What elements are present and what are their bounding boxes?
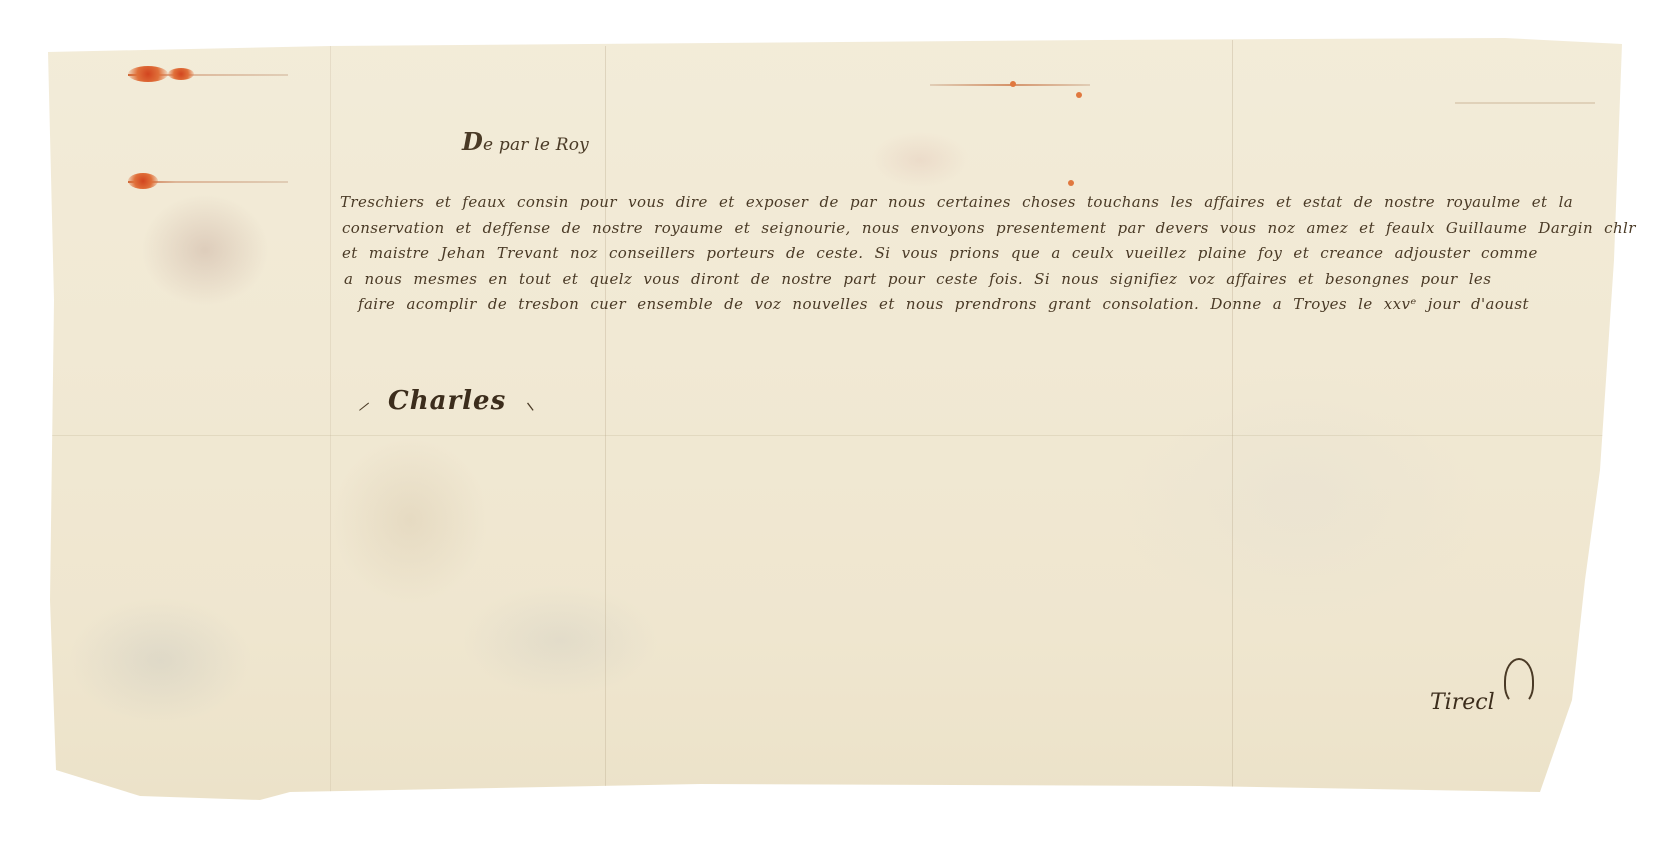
fold-crease bbox=[1232, 40, 1233, 790]
document-image: De par le Roy Treschiers et feaux consin… bbox=[0, 0, 1680, 846]
body-line: et maistre Jehan Trevant noz conseillers… bbox=[342, 241, 1622, 267]
fold-crease bbox=[605, 46, 606, 786]
signature-flourish-right: ⸜ bbox=[524, 390, 536, 415]
wax-seal-remnant bbox=[128, 173, 158, 189]
fold-crease bbox=[50, 435, 1610, 436]
signature-flourish-left: ⸝ bbox=[358, 390, 370, 415]
letter-heading: De par le Roy bbox=[462, 127, 589, 156]
wax-seal-remnant bbox=[128, 66, 168, 82]
signature-name: Charles bbox=[388, 386, 506, 416]
parchment-sheet bbox=[0, 0, 1680, 846]
body-line: Treschiers et feaux consin pour vous dir… bbox=[340, 190, 1620, 216]
letter-body: Treschiers et feaux consin pour vous dir… bbox=[344, 190, 1624, 318]
body-line: faire acomplir de tresbon cuer ensemble … bbox=[358, 292, 1638, 318]
fold-crease bbox=[330, 46, 331, 792]
body-line: a nous mesmes en tout et quelz vous diro… bbox=[344, 267, 1624, 293]
body-line: conservation et deffense de nostre royau… bbox=[342, 216, 1622, 242]
secretary-signature: Tirecl bbox=[1430, 690, 1495, 715]
wax-seal-remnant bbox=[168, 68, 194, 80]
secretary-name: Tirecl bbox=[1430, 690, 1495, 715]
royal-signature: ⸝Charles⸜ bbox=[340, 386, 554, 416]
wax-seal-dot bbox=[1010, 81, 1016, 87]
wax-seal-dot bbox=[1076, 92, 1082, 98]
signature-loop bbox=[1504, 658, 1534, 704]
seal-cord-right bbox=[1455, 102, 1595, 104]
wax-seal-dot bbox=[1068, 180, 1074, 186]
